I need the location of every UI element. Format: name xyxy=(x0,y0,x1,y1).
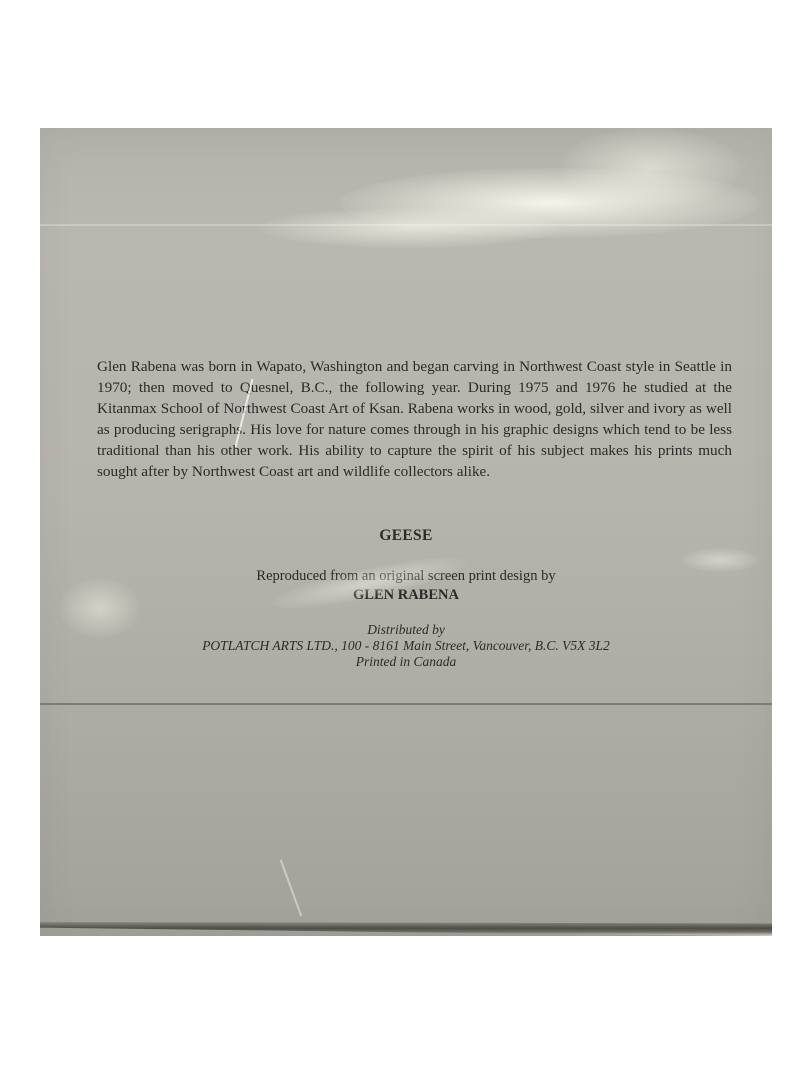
art-card-back: Glen Rabena was born in Wapato, Washingt… xyxy=(40,128,772,936)
distributed-by-label: Distributed by xyxy=(40,622,772,638)
artist-biography: Glen Rabena was born in Wapato, Washingt… xyxy=(97,356,732,482)
plastic-glare xyxy=(560,128,740,208)
credit-block: Reproduced from an original screen print… xyxy=(40,567,772,605)
artist-name: GLEN RABENA xyxy=(40,585,772,605)
distribution-block: Distributed by POTLATCH ARTS LTD., 100 -… xyxy=(40,622,772,670)
photo-stage: Glen Rabena was born in Wapato, Washingt… xyxy=(0,0,812,1080)
print-title: GEESE xyxy=(40,527,772,545)
fold-line-bottom xyxy=(40,703,772,705)
plastic-glare xyxy=(340,168,760,238)
fold-line-top xyxy=(40,224,772,226)
plastic-streak xyxy=(280,859,302,916)
distributor-address: POTLATCH ARTS LTD., 100 - 8161 Main Stre… xyxy=(40,638,772,654)
credit-line: Reproduced from an original screen print… xyxy=(40,567,772,585)
plastic-glare xyxy=(260,208,560,248)
card-bottom-edge xyxy=(40,922,772,936)
printed-in-label: Printed in Canada xyxy=(40,654,772,670)
